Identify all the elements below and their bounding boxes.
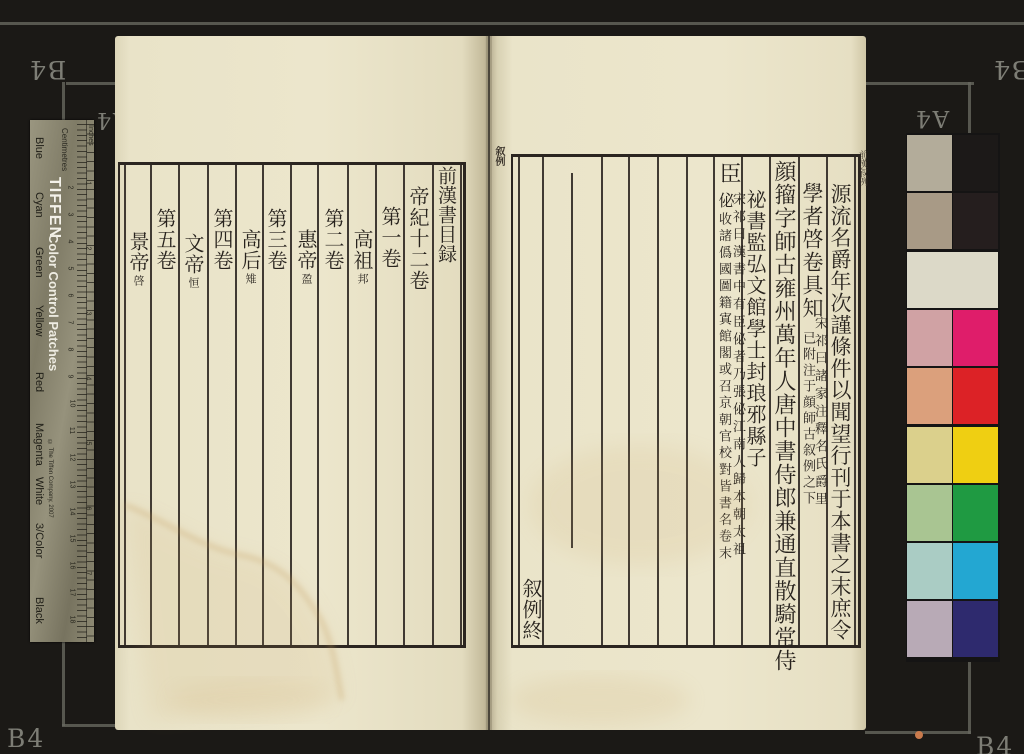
toc-empress-gaohou: 高后雉	[240, 229, 260, 285]
preface-column-1: 源流名爵年次謹條件以聞望行刊于本書之末庶令	[829, 183, 850, 641]
cm-number: 15	[68, 535, 75, 543]
toc-volume-3: 第三卷	[266, 208, 286, 271]
cm-number: 9	[66, 375, 73, 379]
patch-dark-brown	[953, 193, 998, 249]
column-rule	[432, 165, 434, 645]
patch-label-white: White	[33, 477, 44, 505]
color-control-chart	[906, 133, 1000, 662]
column-rule	[375, 165, 377, 645]
right-page-frame: 源流名爵年次謹條件以聞望行刊于本書之末庶令 學者啓卷具知 宋祁曰諸家注釋名氏爵里…	[511, 154, 861, 648]
guide-line-top	[0, 22, 1024, 25]
size-label-top-right: B4	[992, 57, 1024, 82]
patch-red	[953, 368, 998, 424]
guide-line-left-bottom	[62, 724, 116, 727]
copyright-text: © The Tiffen Company, 2007	[47, 440, 53, 518]
cm-number: 10	[68, 400, 75, 408]
preface-column-2: 學者啓卷具知	[801, 182, 822, 320]
toc-volume-4: 第四卷	[212, 208, 232, 271]
inch-number: 4	[84, 377, 91, 381]
cm-number: 3	[66, 213, 73, 217]
column-rule	[686, 157, 688, 645]
preface-column-5-note-right: 宋祁曰漢書中有臣佖者乃張佖江南人歸本朝太祖	[731, 192, 744, 560]
size-label-bottom-right: B4	[976, 734, 1014, 754]
patch-light-green	[907, 485, 952, 541]
cm-number: 4	[66, 240, 73, 244]
marker-dot	[915, 731, 923, 739]
emperor-personal-name: 啓	[133, 275, 144, 287]
centimetre-ticks	[77, 124, 87, 638]
toc-emperor-jingdi: 景帝啓	[128, 231, 148, 287]
inch-number: 5	[84, 442, 91, 446]
patch-yellow	[953, 427, 998, 483]
cm-number: 5	[66, 267, 73, 271]
emperor-personal-name: 恒	[188, 277, 199, 289]
strip-title: Color Control Patches	[47, 234, 60, 371]
cm-number: 11	[68, 427, 75, 434]
preface-column-2-note-left: 已附注于顔師古叙例之下	[801, 331, 814, 507]
cm-number: 14	[68, 508, 75, 516]
guide-line-left-top	[66, 82, 116, 85]
cm-number: 2	[66, 186, 73, 190]
patch-light-cyan	[907, 543, 952, 599]
patch-taupe	[907, 193, 952, 249]
inch-number: 3	[84, 312, 91, 316]
emperor-personal-name: 雉	[245, 273, 256, 285]
column-rule	[235, 165, 237, 645]
column-rule	[207, 165, 209, 645]
column-rule	[571, 173, 573, 548]
emperor-name: 景帝	[126, 231, 150, 273]
patch-label-3color: 3/Color	[33, 523, 44, 558]
patch-magenta	[953, 310, 998, 366]
column-rule	[460, 165, 462, 645]
column-rule	[150, 165, 152, 645]
patch-label-yellow: Yellow	[33, 305, 44, 336]
patch-label-green: Green	[33, 247, 44, 278]
left-page-frame: 前漢書目録 帝紀十二卷 第一卷 高祖邦 第二卷 惠帝盈 第三卷 高后雉 第四卷 …	[118, 162, 466, 648]
inches-label: Inches	[87, 125, 94, 146]
toc-section-heading: 帝紀十二卷	[408, 186, 428, 291]
color-control-strip: Centimetres Inches TIFFEN Color Control …	[30, 120, 94, 642]
emperor-personal-name: 邦	[357, 273, 368, 285]
centimetres-label: Centimetres	[60, 128, 68, 171]
patch-label-cyan: Cyan	[33, 192, 44, 218]
inch-number: 7	[84, 572, 91, 576]
column-rule	[403, 165, 405, 645]
patch-black	[953, 135, 998, 191]
emperor-personal-name: 盈	[301, 273, 312, 285]
margin-label-left: 叙例	[493, 146, 503, 166]
patch-cyan	[953, 543, 998, 599]
patch-light-yellow	[907, 427, 952, 483]
toc-emperor-gaozu: 高祖邦	[352, 229, 372, 285]
column-rule	[628, 157, 630, 645]
toc-volume-2: 第二卷	[323, 208, 343, 271]
toc-title: 前漢書目録	[436, 166, 455, 264]
column-rule	[854, 157, 856, 645]
size-label-top-right-inner: A4	[914, 106, 949, 129]
cm-number: 6	[66, 294, 73, 298]
inch-ticks	[87, 124, 94, 638]
tiffen-logo: TIFFEN	[46, 177, 62, 239]
column-rule	[518, 157, 520, 645]
column-rule	[178, 165, 180, 645]
cm-number: 7	[66, 321, 73, 325]
column-rule	[601, 157, 603, 645]
patch-green	[953, 485, 998, 541]
emperor-name: 高后	[238, 229, 262, 271]
patch-peach	[907, 368, 952, 424]
cm-number: 8	[66, 348, 73, 352]
cm-number: 18	[68, 616, 75, 624]
column-rule	[347, 165, 349, 645]
preface-column-3: 顔籀字師古雍州萬年人唐中書侍郎兼通直散騎常侍	[772, 160, 794, 673]
patch-label-magenta: Magenta	[33, 423, 44, 466]
patch-label-black: Black	[33, 597, 44, 624]
preface-column-5-note-left: 收諸僞國圖籍寘館閣或召京朝官校對皆書名卷末	[717, 212, 730, 563]
cm-number: 16	[68, 562, 75, 570]
inch-number: 6	[84, 507, 91, 511]
column-rule	[713, 157, 715, 645]
column-rule	[290, 165, 292, 645]
toc-volume-1: 第一卷	[380, 206, 400, 269]
patch-lavender	[907, 601, 952, 657]
column-rule	[542, 157, 544, 645]
emperor-name: 高祖	[350, 229, 374, 271]
preface-end-mark: 叙例終	[521, 578, 541, 641]
size-label-bottom-left: B4	[7, 726, 45, 751]
patch-light-pink	[907, 310, 952, 366]
patch-blue	[953, 601, 998, 657]
cm-number: 13	[68, 481, 75, 489]
column-rule	[657, 157, 659, 645]
patch-white	[907, 252, 998, 308]
preface-column-5-title: 臣	[717, 162, 739, 184]
size-label-top-left: B4	[28, 57, 66, 82]
emperor-name: 惠帝	[294, 229, 318, 271]
inch-number: 2	[84, 247, 91, 251]
toc-emperor-wendi: 文帝恒	[183, 233, 203, 289]
inch-number: 1	[84, 182, 91, 186]
patch-label-red: Red	[33, 372, 44, 392]
cm-number: 12	[68, 454, 75, 462]
preface-column-4: 祕書監弘文館學士封琅邪縣子	[745, 189, 765, 469]
patch-label-blue: Blue	[33, 137, 44, 159]
cm-number: 17	[68, 589, 75, 597]
toc-emperor-huidi: 惠帝盈	[296, 229, 316, 285]
patch-neutral-gray	[907, 135, 952, 191]
guide-line-right-top	[866, 82, 974, 85]
toc-volume-5: 第五卷	[155, 208, 175, 271]
emperor-name: 文帝	[181, 233, 205, 275]
